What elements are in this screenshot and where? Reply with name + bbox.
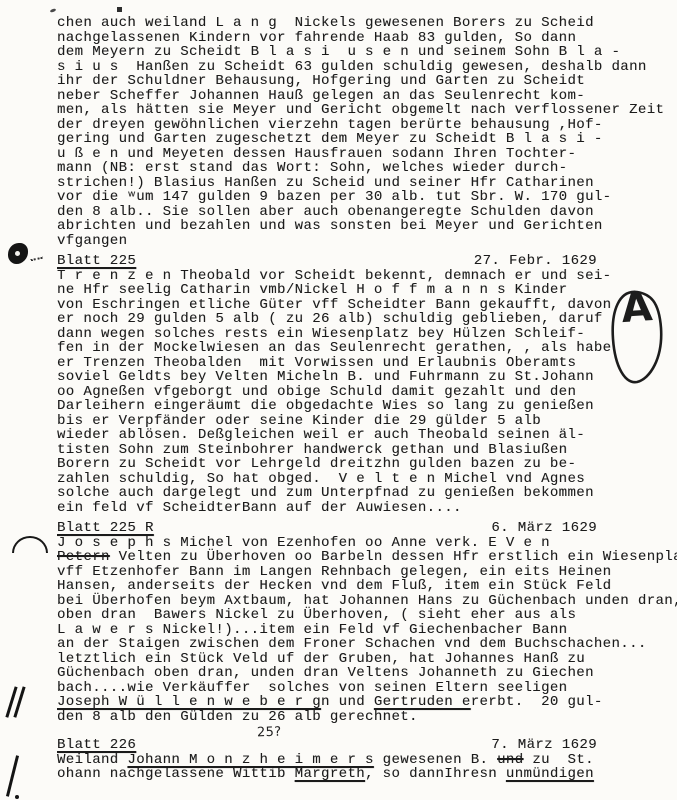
text-segment: , so dannIhresn (365, 766, 506, 782)
text-line: T r e n z e n Theobald vor Scheidt beken… (57, 269, 677, 284)
text-line: men, als hätten sie Meyer und Gericht ob… (57, 103, 677, 118)
paragraph-blatt-225r-rest: vff Etzenhofer Bann im Langen Rehnbach g… (57, 565, 677, 696)
blatt-number: Blatt 225 R (57, 521, 154, 536)
entry-header-blatt-225r: Blatt 225 R 6. März 1629 (57, 521, 677, 536)
text-line: mann (NB: erst stand das Wort: Sohn, wel… (57, 161, 677, 176)
text-line: fen in der Mockelwiesen an das Seulenrec… (57, 341, 677, 356)
text-segment: n und (321, 694, 374, 710)
text-segment: Velten zu Überhoven oo Barbeln dessen Hf… (110, 549, 677, 565)
underlined-word: unmündigen (506, 766, 594, 782)
text-line: abrichten und bezahlen und was sonsten b… (57, 219, 677, 234)
paragraph-blatt-225r-start: J o s e p h s Michel von Ezenhofen oo An… (57, 536, 677, 551)
text-line: tisten Sohn zum Steinbohrer handwerck ge… (57, 443, 677, 458)
text-line: bei Überhofen beym Axtbaum, hat Johannen… (57, 594, 677, 609)
text-line: dem Meyern zu Scheidt B l a s i u s e n … (57, 45, 677, 60)
ink-blob-mark (8, 243, 28, 264)
paragraph-blatt-225: T r e n z e n Theobald vor Scheidt beken… (57, 269, 677, 516)
text-line-underlined-names: Joseph W ü l l e n w e b e r gn und Gert… (57, 695, 677, 710)
underlined-name: Joseph W ü l l e n w e b e r g (57, 694, 321, 710)
text-segment: ohann nachgelassene Wittib (57, 766, 295, 782)
entry-date: 6. März 1629 (491, 521, 597, 536)
text-line: er Trenzen Theobalden mit Vorwissen und … (57, 356, 677, 371)
text-line: gering und Garten zugeschetzt dem Meyer … (57, 132, 677, 147)
text-line: den 8 alb den Gülden zu 26 alb gerechnet… (57, 710, 677, 725)
entry-date: 27. Febr. 1629 (474, 254, 597, 269)
text-line: bach....wie Verkäuffer solches von seine… (57, 681, 677, 696)
text-line: letztlich ein Stück Veld uf der Gruben, … (57, 652, 677, 667)
text-line: vfgangen (57, 234, 677, 249)
text-line: an der Staigen zwischen dem Froner Schac… (57, 637, 677, 652)
underlined-name: Margreth (295, 766, 365, 782)
entry-header-blatt-225: Blatt 225 27. Febr. 1629 (57, 254, 677, 269)
text-line: nachgelassenen Kindern vor fahrende Haab… (57, 31, 677, 46)
text-line: Borern zu Scheidt vor Lehrgeld dreitzhn … (57, 457, 677, 472)
text-line: s i u s Hanßen zu Scheidt 63 gulden schu… (57, 60, 677, 75)
ink-dots (29, 251, 42, 261)
text-line-underlined-names: ohann nachgelassene Wittib Margreth, so … (57, 767, 677, 782)
slash-mark (6, 755, 19, 796)
text-line: er noch 29 gulden 5 alb ( zu 26 alb) sch… (57, 312, 677, 327)
ink-dot (15, 795, 19, 799)
text-line: J o s e p h s Michel von Ezenhofen oo An… (57, 536, 677, 551)
typed-text: chen auch weiland L a n g Nickels gewese… (57, 16, 677, 782)
text-line: solche auch dargelegt und zum Unterpfnad… (57, 486, 677, 501)
text-line: chen auch weiland L a n g Nickels gewese… (57, 16, 677, 31)
text-line: bis er Verpfänder oder seine Kinder die … (57, 414, 677, 429)
ink-speck (117, 7, 122, 12)
struck-word: Petern (57, 549, 110, 565)
text-line: Petern Velten zu Überhoven oo Barbeln de… (57, 550, 677, 565)
paragraph-continuation: chen auch weiland L a n g Nickels gewese… (57, 16, 677, 248)
text-line: strichen!) Blasius Hanßen zu Scheid und … (57, 176, 677, 191)
text-line: ein feld vf ScheidterBann auf der Auwies… (57, 501, 677, 516)
text-line: oben dran Bawers Nickel zu Überhoven, ( … (57, 608, 677, 623)
text-line: vor die ʷum 147 gulden 9 bazen per 30 al… (57, 190, 677, 205)
text-line: L a w e r s Nickel!)...item ein Feld vf … (57, 623, 677, 638)
text-line: Güchenbach oben dran, unden dran Veltens… (57, 666, 677, 681)
text-line: oo Agneßen vfgeborgt und obige Schuld da… (57, 385, 677, 400)
text-line: vff Etzenhofer Bann im Langen Rehnbach g… (57, 565, 677, 580)
blatt-number: Blatt 225 (57, 254, 136, 269)
ink-speck (50, 8, 57, 13)
text-line: Darleihern eingeräumt die obgedachte Wie… (57, 399, 677, 414)
document-page: 25? A chen auch weiland L a n g Nickels … (0, 0, 677, 800)
text-line: von Eschringen etliche Güter vff Scheidt… (57, 298, 677, 313)
text-line-underlined-names: Weiland Johann M o n z h e i m e r s gew… (57, 753, 677, 768)
blatt-number: Blatt 226 (57, 738, 136, 753)
text-line: Hansen, anderseits der Hecken vnd dem Fl… (57, 579, 677, 594)
text-line: neber Scheffer Johannen Hauß gelegen an … (57, 89, 677, 104)
entry-date: 7. März 1629 (491, 738, 597, 753)
text-line: soviel Geldts bey Velten Micheln B. und … (57, 370, 677, 385)
text-line: u ß e n und Meyeten dessen Hausfrauen so… (57, 147, 677, 162)
text-line: ihr der Schuldner Behausung, Hofgering u… (57, 74, 677, 89)
text-line: den 8 alb.. Sie sollen aber auch obenang… (57, 205, 677, 220)
text-line: der dreyen gewöhnlichen vierzehn tagen b… (57, 118, 677, 133)
entry-header-blatt-226: Blatt 226 7. März 1629 (57, 738, 677, 753)
arc-margin-mark (12, 536, 48, 553)
text-line: ne Hfr seelig Catharin vmb/Nickel H o f … (57, 283, 677, 298)
text-line: zahlen schuldig, So hat obged. V e l t e… (57, 472, 677, 487)
text-segment: rerbt. 20 gul- (471, 694, 603, 710)
text-line: wieder ablösen. Deßgleichen weil er auch… (57, 428, 677, 443)
underlined-name: Gertruden e (374, 694, 471, 710)
text-line: dann wegen solches rests ein Wiesenplatz… (57, 327, 677, 342)
